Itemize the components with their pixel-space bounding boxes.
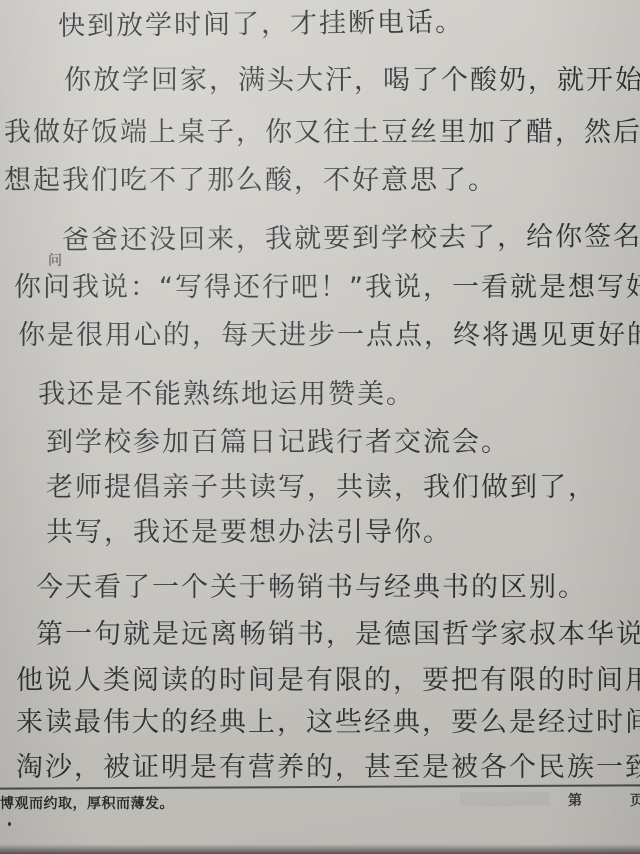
- handwritten-line: 来读最伟大的经典上，这些经典，要么是经过时间的大浪: [16, 700, 640, 739]
- page-number-suffix: 页: [630, 790, 640, 810]
- handwritten-line: 第一句就是远离畅销书，是德国哲学家叔本华说的，: [36, 612, 640, 651]
- handwritten-line: 你放学回家，满头大汗，喝了个酸奶，就开始背书。: [64, 58, 640, 97]
- diary-page: 快到放学时间了，才挂断电话。 你放学回家，满头大汗，喝了个酸奶，就开始背书。 我…: [0, 0, 640, 854]
- footer-rule: [0, 784, 640, 789]
- handwritten-line: 老师提倡亲子共读写，共读，我们做到了，: [46, 465, 597, 504]
- ink-dot: [8, 822, 11, 826]
- handwritten-line: 共写，我还是要想办法引导你。: [46, 510, 452, 549]
- faint-printed-text: [460, 792, 550, 806]
- bottom-shadow: [0, 844, 640, 854]
- handwritten-line: 淘沙，被证明是有营养的，甚至是被各个民族一致认可的: [16, 745, 640, 784]
- handwritten-line: 你是很用心的，每天进步一点点，终将遇见更好的你。: [18, 313, 640, 352]
- handwritten-line: 你问我说：“写得还行吧！”我说，一看就是想写好，看得出: [14, 265, 640, 304]
- handwritten-line: 我还是不能熟练地运用赞美。: [38, 372, 415, 411]
- handwritten-line: 今天看了一个关于畅销书与经典书的区别。: [36, 565, 587, 604]
- handwritten-line: 我做好饭端上桌子，你又往土豆丝里加了醋，然后: [4, 110, 640, 149]
- page-number-label: 第: [568, 790, 582, 810]
- handwritten-line: 爸爸还没回来，我就要到学校去了，给你签名时: [62, 214, 640, 257]
- handwritten-line: 到学校参加百篇日记践行者交流会。: [46, 420, 510, 459]
- footer-motto: 博观而约取，厚积而薄发。: [0, 793, 174, 813]
- handwritten-line: 快到放学时间了，才挂断电话。: [58, 0, 464, 43]
- handwritten-line: 他说人类阅读的时间是有限的，要把有限的时间用: [16, 658, 640, 697]
- handwritten-line: 想起我们吃不了那么酸，不好意思了。: [4, 158, 497, 197]
